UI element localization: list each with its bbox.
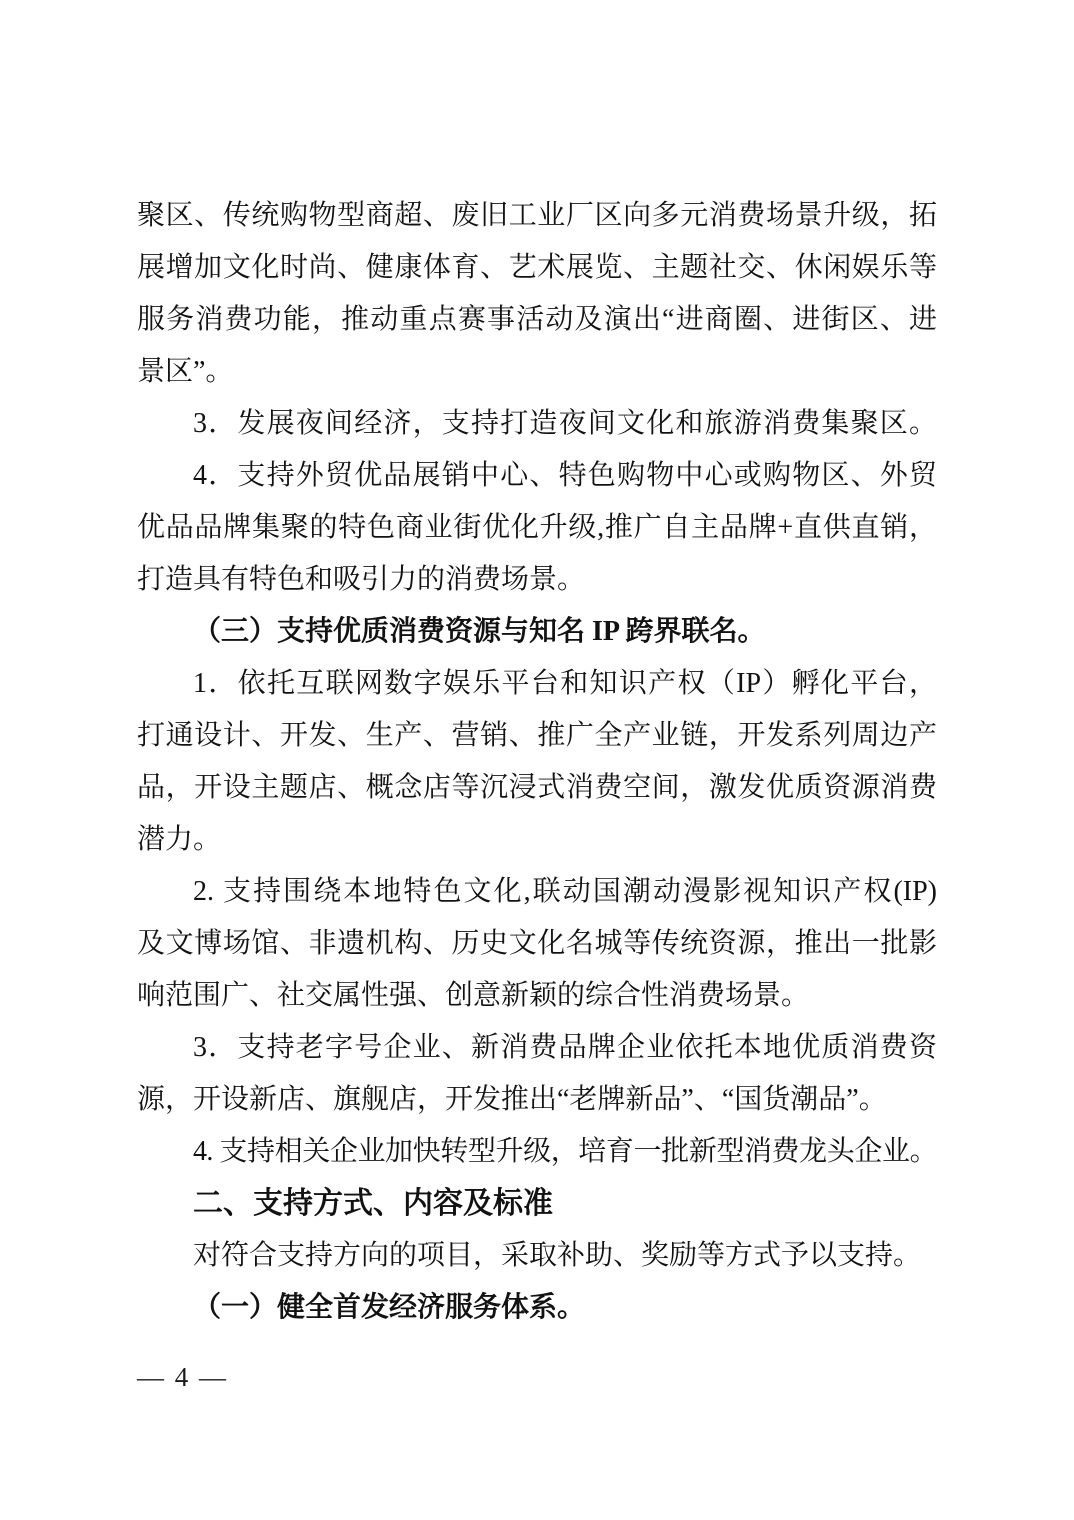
page-number: — 4 —: [137, 1360, 228, 1394]
body-text-line: 3．发展夜间经济，支持打造夜间文化和旅游消费集聚区。: [137, 398, 937, 450]
body-text-line: 对符合支持方向的项目，采取补助、奖励等方式予以支持。: [137, 1230, 937, 1282]
body-text-line: 品，开设主题店、概念店等沉浸式消费空间，激发优质资源消费: [137, 762, 937, 814]
paragraph-item4-transformation: 4. 支持相关企业加快转型升级，培育一批新型消费龙头企业。: [137, 1126, 937, 1178]
body-text-line: 服务消费功能，推动重点赛事活动及演出“进商圈、进街区、进: [137, 294, 937, 346]
paragraph-carryover: 聚区、传统购物型商超、废旧工业厂区向多元消费场景升级，拓 展增加文化时尚、健康体…: [137, 190, 937, 398]
body-text-line: 打通设计、开发、生产、营销、推广全产业链，开发系列周边产: [137, 710, 937, 762]
body-text-line: 4. 支持相关企业加快转型升级，培育一批新型消费龙头企业。: [137, 1126, 937, 1178]
body-text-line: 及文博场馆、非遗机构、历史文化名城等传统资源，推出一批影: [137, 918, 937, 970]
heading-part-two: 二、支持方式、内容及标准: [137, 1178, 937, 1230]
body-text-line: 优品品牌集聚的特色商业街优化升级,推广自主品牌+直供直销，: [137, 502, 937, 554]
heading-sub-one: （一）健全首发经济服务体系。: [137, 1282, 937, 1334]
body-text-line: 打造具有特色和吸引力的消费场景。: [137, 554, 937, 606]
body-text-line: 2. 支持围绕本地特色文化,联动国潮动漫影视知识产权(IP): [137, 866, 937, 918]
section-heading: （一）健全首发经济服务体系。: [137, 1282, 937, 1334]
paragraph-support-method: 对符合支持方向的项目，采取补助、奖励等方式予以支持。: [137, 1230, 937, 1282]
body-text-line: 景区”。: [137, 346, 937, 398]
heading-section-three: （三）支持优质消费资源与知名 IP 跨界联名。: [137, 606, 937, 658]
part-heading: 二、支持方式、内容及标准: [137, 1178, 937, 1230]
body-text-line: 聚区、传统购物型商超、废旧工业厂区向多元消费场景升级，拓: [137, 190, 937, 242]
paragraph-item2-local-culture: 2. 支持围绕本地特色文化,联动国潮动漫影视知识产权(IP) 及文博场馆、非遗机…: [137, 866, 937, 1022]
body-text-line: 4．支持外贸优品展销中心、特色购物中心或购物区、外贸: [137, 450, 937, 502]
body-text-line: 1．依托互联网数字娱乐平台和知识产权（IP）孵化平台，: [137, 658, 937, 710]
body-text-line: 潜力。: [137, 814, 937, 866]
body-text-line: 响范围广、社交属性强、创意新颖的综合性消费场景。: [137, 970, 937, 1022]
body-text-line: 展增加文化时尚、健康体育、艺术展览、主题社交、休闲娱乐等: [137, 242, 937, 294]
paragraph-item3-night-economy: 3．发展夜间经济，支持打造夜间文化和旅游消费集聚区。: [137, 398, 937, 450]
paragraph-item3-time-honored-brands: 3．支持老字号企业、新消费品牌企业依托本地优质消费资 源，开设新店、旗舰店，开发…: [137, 1022, 937, 1126]
paragraph-item1-ip-platform: 1．依托互联网数字娱乐平台和知识产权（IP）孵化平台， 打通设计、开发、生产、营…: [137, 658, 937, 866]
body-text-line: 源，开设新店、旗舰店，开发推出“老牌新品”、“国货潮品”。: [137, 1074, 937, 1126]
body-text-line: 3．支持老字号企业、新消费品牌企业依托本地优质消费资: [137, 1022, 937, 1074]
section-heading: （三）支持优质消费资源与知名 IP 跨界联名。: [137, 606, 937, 658]
paragraph-item4-foreign-trade: 4．支持外贸优品展销中心、特色购物中心或购物区、外贸 优品品牌集聚的特色商业街优…: [137, 450, 937, 606]
document-body: 聚区、传统购物型商超、废旧工业厂区向多元消费场景升级，拓 展增加文化时尚、健康体…: [137, 190, 937, 1334]
document-page: 聚区、传统购物型商超、废旧工业厂区向多元消费场景升级，拓 展增加文化时尚、健康体…: [0, 0, 1074, 1520]
